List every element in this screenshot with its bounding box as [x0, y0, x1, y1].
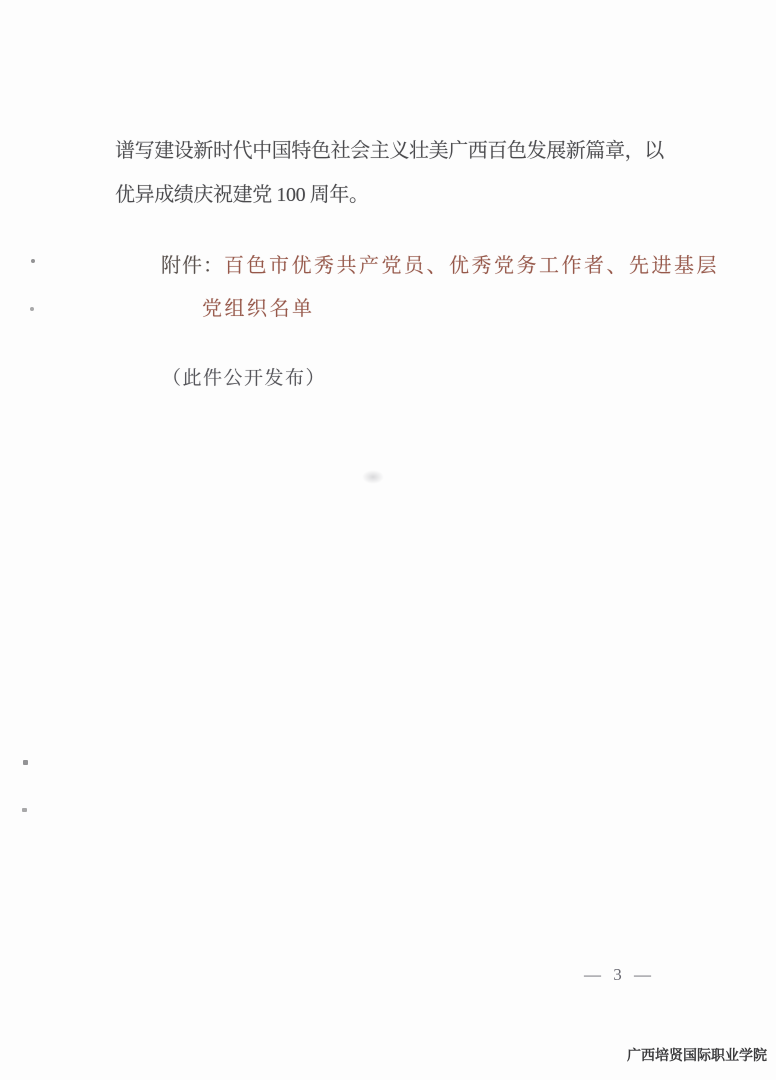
scanned-document-page: 谱写建设新时代中国特色社会主义壮美广西百色发展新篇章，以 优异成绩庆祝建党 10… — [0, 0, 776, 1080]
attachment-label: 附件： — [161, 255, 224, 277]
attachment-note: 附件：百色市优秀共产党员、优秀党务工作者、先进基层 党组织名单 — [161, 245, 761, 331]
scan-smudge — [362, 470, 384, 484]
body-paragraph: 谱写建设新时代中国特色社会主义壮美广西百色发展新篇章，以 优异成绩庆祝建党 10… — [115, 129, 715, 217]
scan-speck — [22, 808, 27, 812]
body-line-1: 谱写建设新时代中国特色社会主义壮美广西百色发展新篇章，以 — [115, 129, 715, 173]
body-line-2: 优异成绩庆祝建党 100 周年。 — [115, 173, 715, 217]
footer-watermark: 广西培贤国际职业学院 — [627, 1046, 767, 1064]
scan-speck — [30, 307, 34, 311]
attachment-title-part2: 党组织名单 — [161, 288, 761, 331]
scan-speck — [31, 259, 35, 263]
page-number: — 3 — — [584, 963, 653, 987]
scan-speck — [23, 760, 28, 765]
public-release-note: （此件公开发布） — [162, 357, 326, 401]
attachment-line-1: 附件：百色市优秀共产党员、优秀党务工作者、先进基层 — [161, 245, 761, 288]
attachment-title-part1: 百色市优秀共产党员、优秀党务工作者、先进基层 — [224, 255, 719, 277]
